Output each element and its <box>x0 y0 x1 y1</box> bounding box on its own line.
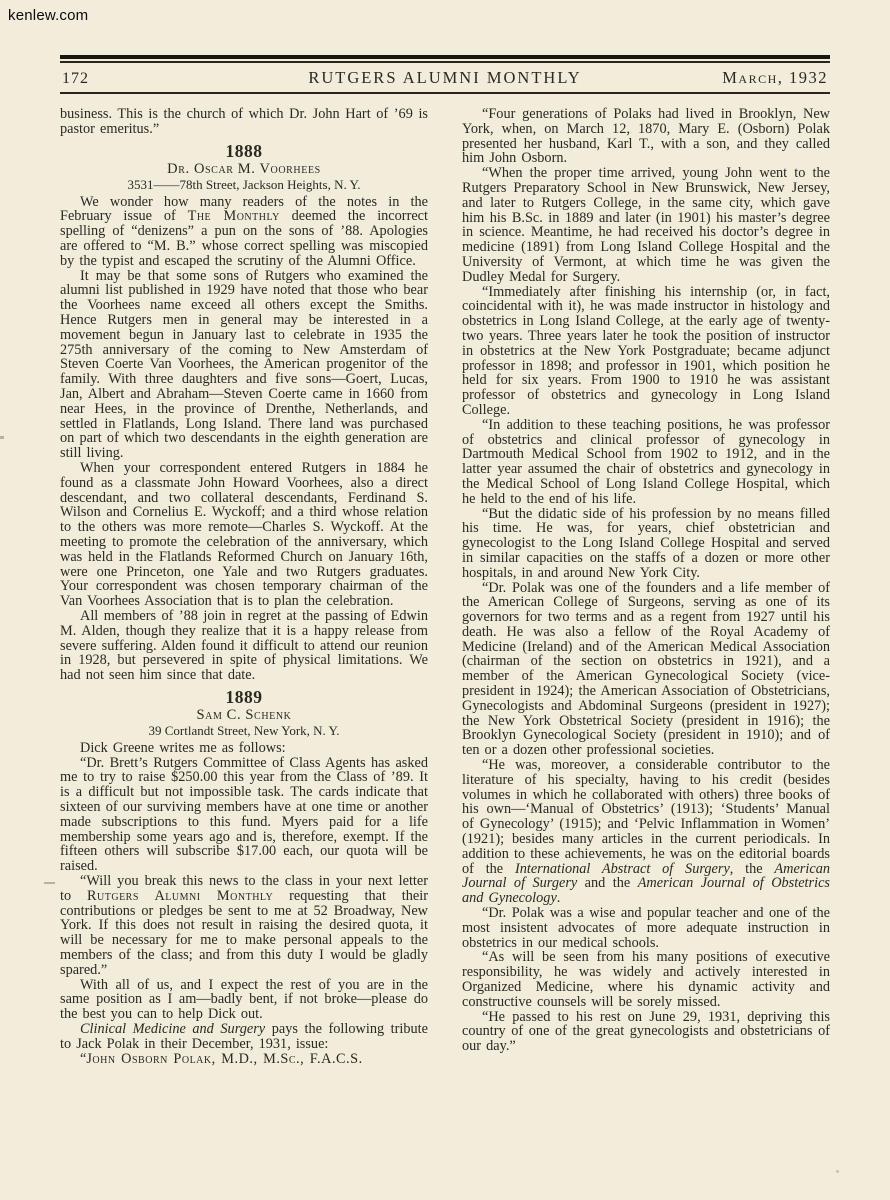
body-paragraph: business. This is the church of which Dr… <box>60 107 428 137</box>
body-paragraph: “Dr. Brett’s Rutgers Committee of Class … <box>60 756 428 874</box>
body-paragraph: “He passed to his rest on June 29, 1931,… <box>462 1010 830 1054</box>
header-rule-bottom <box>60 92 830 94</box>
body-paragraph: “Dr. Polak was one of the founders and a… <box>462 581 830 759</box>
class-year-heading: 1888 <box>60 141 428 161</box>
body-paragraph: It may be that some sons of Rutgers who … <box>60 269 428 461</box>
body-paragraph: “Immediately after finishing his interns… <box>462 285 830 418</box>
body-paragraph: “John Osborn Polak, M.D., M.Sc., F.A.C.S… <box>60 1052 428 1067</box>
body-paragraph: All members of ’88 join in regret at the… <box>60 609 428 683</box>
scan-artifact <box>0 436 4 439</box>
scan-artifact <box>44 882 55 884</box>
issue-date: March, 1932 <box>688 68 828 88</box>
scanned-magazine-page: { "watermark": "kenlew.com", "header": {… <box>0 0 890 1200</box>
body-paragraph: Dick Greene writes me as follows: <box>60 741 428 756</box>
two-column-body: business. This is the church of which Dr… <box>60 107 830 1066</box>
class-secretary-name: Sam C. Schenk <box>60 707 428 723</box>
body-paragraph: “When the proper time arrived, young Joh… <box>462 166 830 284</box>
body-paragraph: With all of us, and I expect the rest of… <box>60 978 428 1022</box>
class-secretary-address: 3531——78th Street, Jackson Heights, N. Y… <box>60 177 428 192</box>
class-secretary-name: Dr. Oscar M. Voorhees <box>60 161 428 177</box>
page-number: 172 <box>62 70 202 88</box>
header-rule-thick <box>60 55 830 59</box>
body-paragraph: “In addition to these teaching positions… <box>462 418 830 507</box>
running-header: 172 RUTGERS ALUMNI MONTHLY March, 1932 <box>60 63 830 92</box>
body-paragraph: “Will you break this news to the class i… <box>60 874 428 978</box>
watermark: kenlew.com <box>8 7 88 24</box>
page-content: 172 RUTGERS ALUMNI MONTHLY March, 1932 b… <box>60 55 830 1066</box>
body-paragraph: We wonder how many readers of the notes … <box>60 195 428 269</box>
journal-title: RUTGERS ALUMNI MONTHLY <box>202 68 688 88</box>
body-paragraph: Clinical Medicine and Surgery pays the f… <box>60 1022 428 1052</box>
body-paragraph: “As will be seen from his many positions… <box>462 950 830 1009</box>
class-year-heading: 1889 <box>60 687 428 707</box>
scan-artifact <box>836 1170 839 1173</box>
body-paragraph: When your correspondent entered Rutgers … <box>60 461 428 609</box>
body-paragraph: “Dr. Polak was a wise and popular teache… <box>462 906 830 950</box>
right-column: “Four generations of Polaks had lived in… <box>462 107 830 1066</box>
body-paragraph: “He was, moreover, a considerable contri… <box>462 758 830 906</box>
body-paragraph: “But the didatic side of his profession … <box>462 507 830 581</box>
left-column: business. This is the church of which Dr… <box>60 107 428 1066</box>
body-paragraph: “Four generations of Polaks had lived in… <box>462 107 830 166</box>
class-secretary-address: 39 Cortlandt Street, New York, N. Y. <box>60 723 428 738</box>
